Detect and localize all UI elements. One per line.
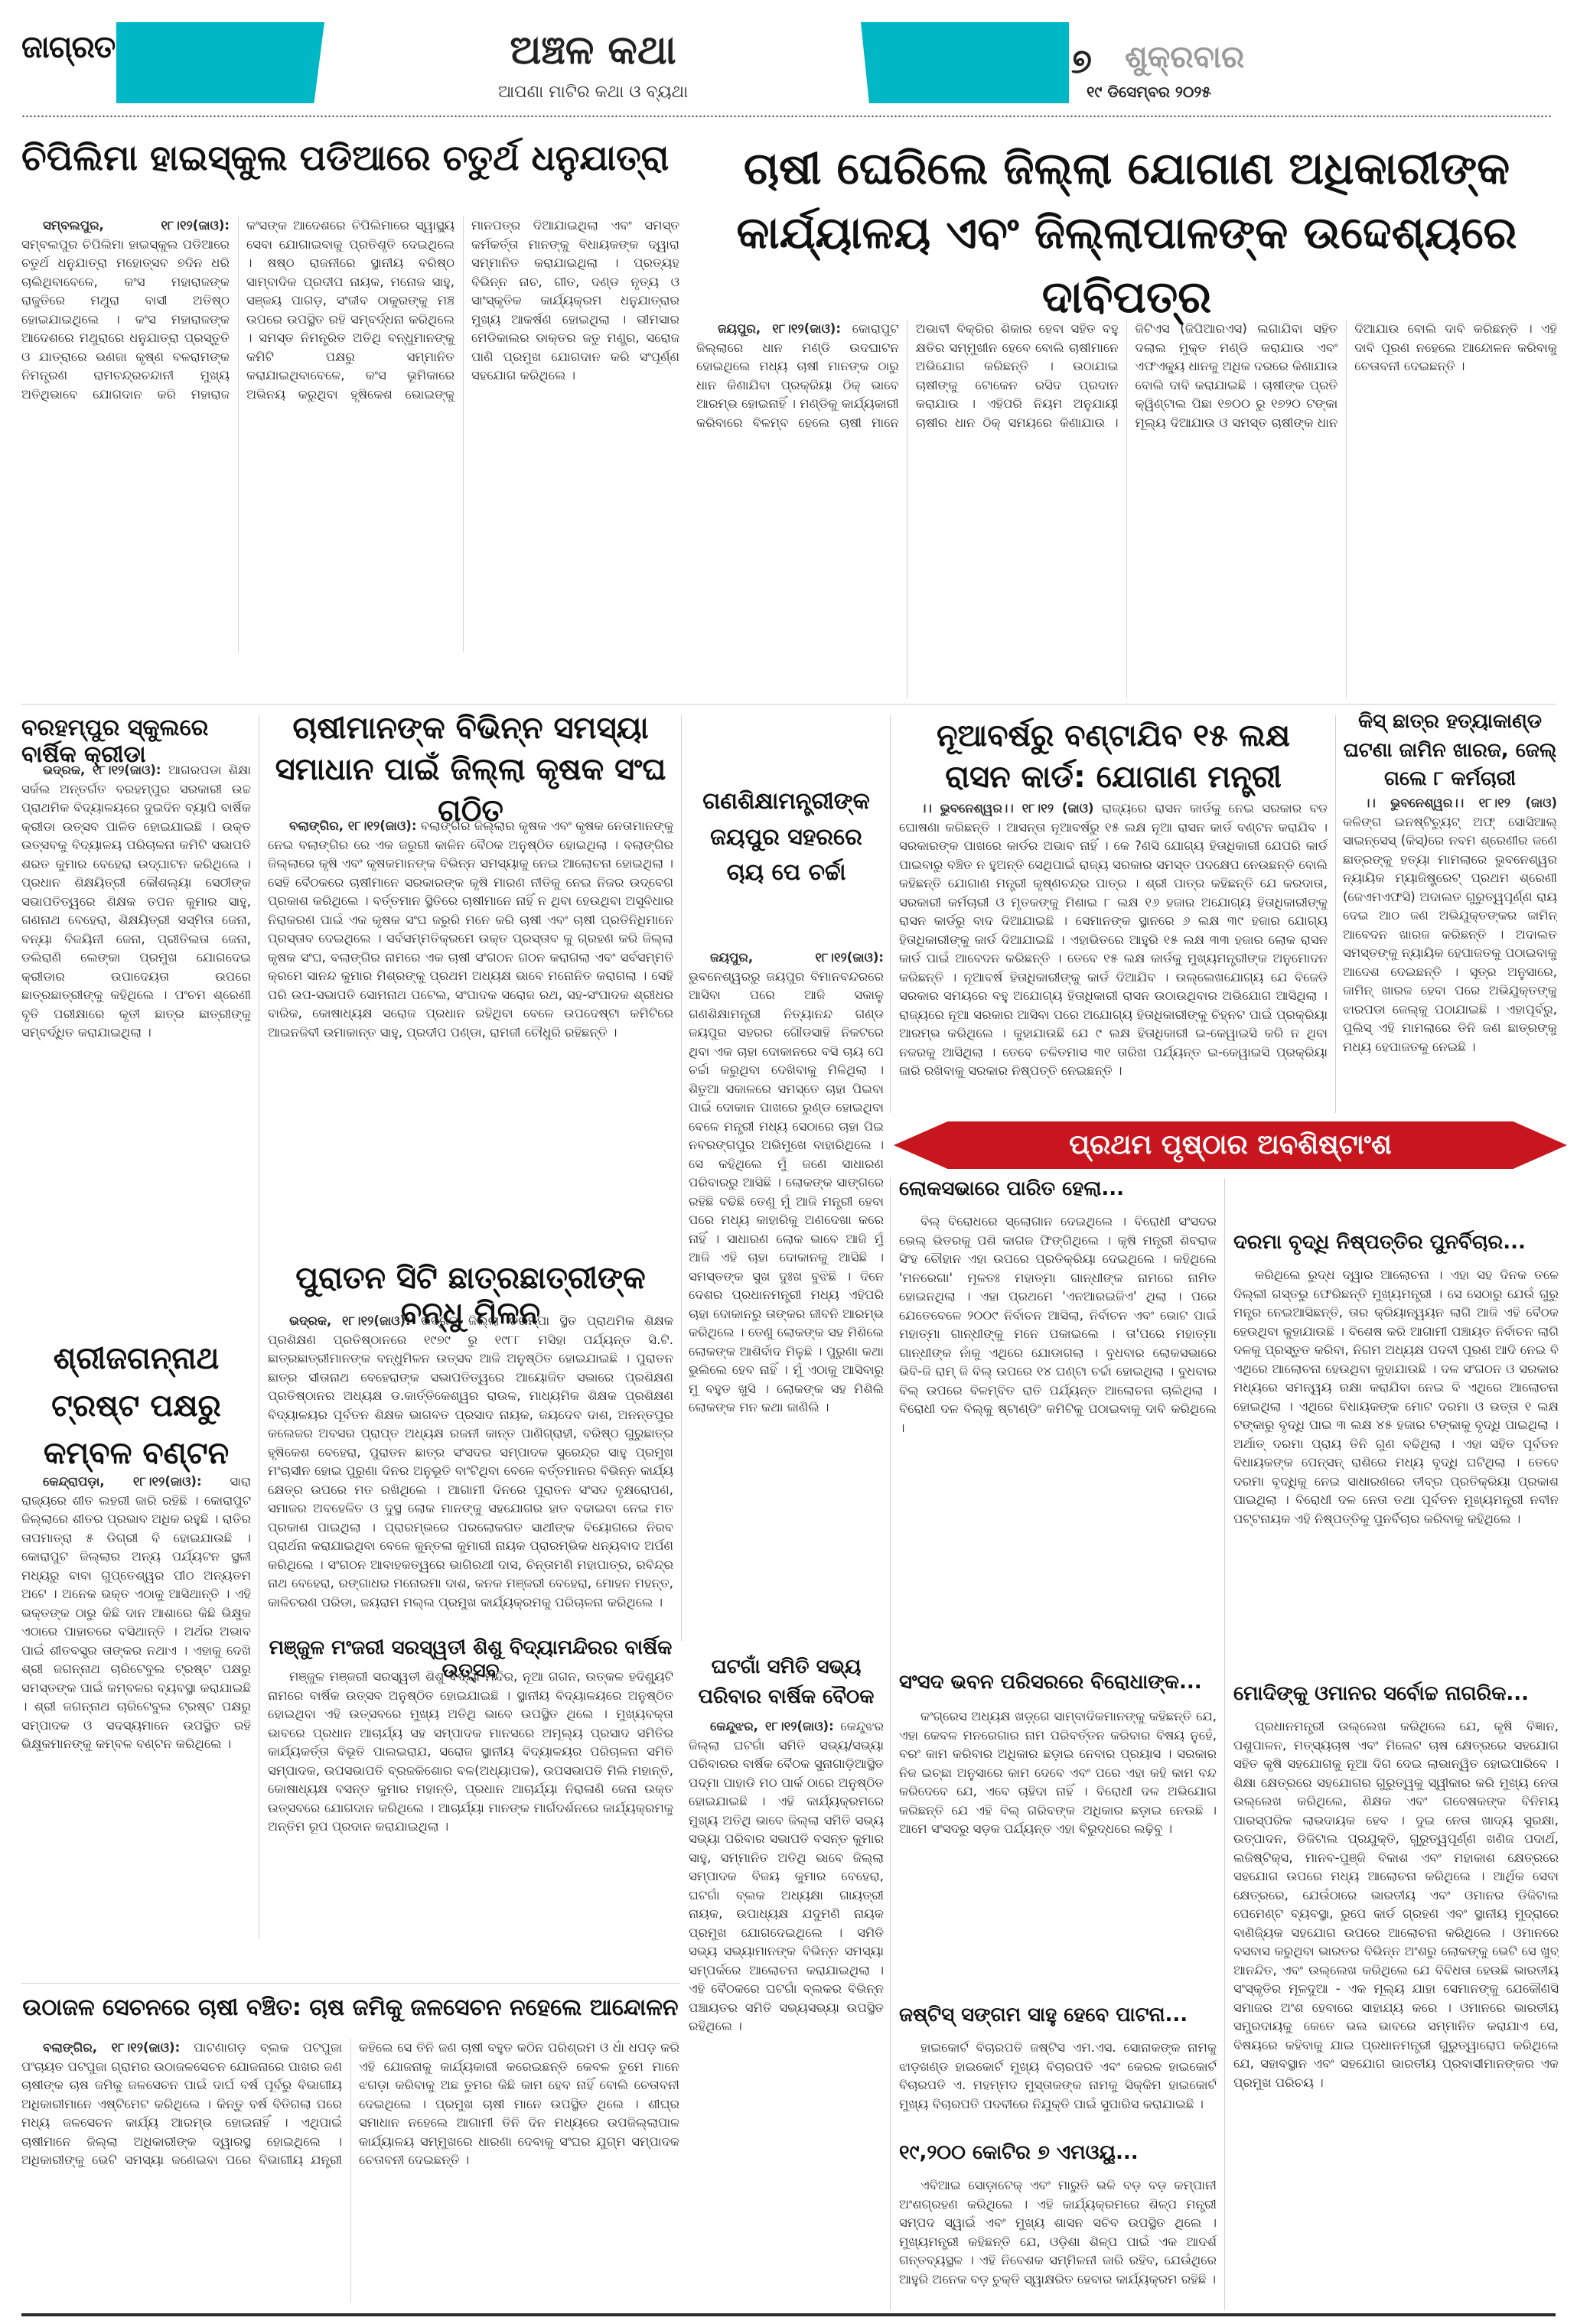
- headline: ଶ୍ରୀଜଗନ୍ନାଥ ଟ୍ରଷ୍ଟ ପକ୍ଷରୁ କମ୍ବଳ ବଣ୍ଟନ: [21, 1335, 251, 1477]
- headline: ନୂଆବର୍ଷରୁ ବଣ୍ଟାଯିବ ୧୫ ଲକ୍ଷ ରାସନ କାର୍ଡ: ଯ…: [899, 715, 1328, 798]
- headline: ଜଷ୍ଟିସ୍ ସଙ୍ଗମ ସାହୁ ହେବେ ପାଟନା...: [899, 2004, 1217, 2027]
- headline: ଚିପିଲିମା ହାଇସ୍କୁଲ ପଡିଆରେ ଚତୁର୍ଥ ଧନୁଯାତ୍ର…: [21, 138, 679, 178]
- column-divider: [259, 715, 259, 1939]
- section-subtitle: ଆପଣା ମାଟିର କଥା ଓ ବ୍ୟଥା: [329, 83, 857, 102]
- lead-headline: ଚାଷୀ ଘେରିଲେ ଜିଲ୍ଲା ଯୋଗାଣ ଅଧିକାରୀଙ୍କ କାର୍…: [696, 136, 1557, 329]
- headline: ଲୋକସଭାରେ ପାରିତ ହେଲା...: [899, 1178, 1217, 1201]
- article-body: ହାଇକୋର୍ଟ ବିଚାରପତି ଜଷ୍ଟିସ ଏମ.ଏସ. ସୋନାକଙ୍କ…: [899, 2039, 1217, 2134]
- dateline: ଭଦ୍ରକ, ୧୮।୧୨(ଜାଓ):: [289, 1313, 411, 1328]
- headline: ମୋଦିଙ୍କୁ ଓମାନର ସର୍ବୋଚ୍ଚ ନାଗରିକ...: [1233, 1683, 1559, 1706]
- article-body: ବଲାଙ୍ଗିର, ୧୮।୧୨(ଜାଓ): ପାଟଣାଗଡ଼ ବ୍ଲକ ପଟପୁ…: [21, 2039, 679, 2303]
- article-body: ଜୟପୁର, ୧୮।୧୨(ଜାଓ): ଭୁବନେଶ୍ୱରରୁ ଜୟପୁର ବିମ…: [689, 949, 884, 1645]
- page-bottom-rule: [21, 2313, 1556, 2316]
- headline: ଉଠାଜଳ ସେଚନରେ ଚାଷୀ ବଞ୍ଚିତ: ଚାଷ ଜମିକୁ ଜଳସେ…: [21, 1995, 679, 2022]
- dateline: ବଲାଙ୍ଗିର, ୧୮।୧୨(ଜାଓ):: [289, 819, 416, 833]
- article-body: ଭଦ୍ରକ, ୧୮।୧୨(ଜାଓ): ଭଦ୍ରକ ଜିଲ୍ଲା ଚରମ୍ପା ସ…: [268, 1312, 673, 1633]
- article-body: କରିଥିଲେ ରୁଦ୍ଧ ଦ୍ୱାର ଆଲୋଚନା । ଏହା ସହ ଦିନକ…: [1233, 1266, 1559, 1675]
- article-body: ବିଲ୍ ବିରୋଧରେ ସ୍ଲୋଗାନ ଦେଇଥିଲେ । ବିରୋଧୀ ସଂ…: [899, 1212, 1217, 1664]
- headline: ଦରମା ବୃଦ୍ଧି ନିଷ୍ପତ୍ତିର ପୁନର୍ବିଚାର...: [1233, 1232, 1559, 1255]
- dateline: କେନ୍ଦ୍ରାପଡ଼ା, ୧୮।୧୨(ଜାଓ):: [43, 1474, 202, 1489]
- dateline: ଭଦ୍ରକ, ୧୮।୧୨(ଜାଓ):: [43, 763, 168, 777]
- section-title: ଅଞ୍ଚଳ କଥା: [329, 28, 857, 74]
- dateline: ଜୟପୁର, ୧୮।୧୨(ଜାଓ):: [718, 321, 841, 336]
- page-number: ୭: [1071, 42, 1092, 81]
- issue-date: ୧୯ ଡିସେମ୍ବର ୨୦୨୫: [1087, 83, 1211, 101]
- headline: ବରହମ୍ପୁର ସ୍କୁଲରେ ବାର୍ଷିକ କ୍ରୀଡା: [21, 715, 251, 768]
- banner-label: ପ୍ରଥମ ପୃଷ୍ଠାର ଅବଶିଷ୍ଟାଂଶ: [1069, 1129, 1392, 1161]
- article-body: ।। ଭୁବନେଶ୍ୱର।। ୧୮।୧୨ (ଜାଓ) ରାଜ୍ୟରେ ରାସନ …: [899, 799, 1328, 1113]
- article-body: ସମ୍ବଲପୁର, ୧୮।୧୨(ଜାଓ): ସମ୍ବଲପୁର ଚିପିଲିମା …: [21, 216, 679, 653]
- headline: ଘଟଗାଁ ସମିତି ସଭ୍ୟ ପରିବାର ବାର୍ଷିକ ବୈଠକ: [689, 1652, 884, 1712]
- article-body: ଭଦ୍ରକ, ୧୮।୧୨(ଜାଓ): ଆଗରପଡା ଶିକ୍ଷା ସର୍କଲ ଅ…: [21, 761, 251, 1289]
- dateline: ସମ୍ବଲପୁର, ୧୮।୧୨(ଜାଓ):: [43, 218, 230, 233]
- article-body: କେନ୍ଦୁଝର, ୧୮।୧୨(ଜାଓ): କେନ୍ଦୁଝର ଜିଲ୍ଲା ଘଟ…: [689, 1717, 884, 2222]
- article-body: ଏବିଆଇ ସୋଡ଼ାଟେକ୍ ଏବଂ ମାରୁତି ଭଳି ବଡ଼ ବଡ଼ କ…: [899, 2176, 1217, 2306]
- article-body: ବଲାଙ୍ଗିର, ୧୮।୧୨(ଜାଓ): ବଲାଙ୍ଗିର ଜିଲ୍ଲାର କ…: [268, 817, 673, 1253]
- headline: ଚାଷୀମାନଙ୍କ ବିଭିନ୍ନ ସମସ୍ୟା ସମାଧାନ ପାଇଁ ଜି…: [268, 708, 673, 832]
- article-body: ଜୟପୁର, ୧୮।୧୨(ଜାଓ): କୋରାପୁଟ ଜିଲ୍ଲାରେ ଧାନ …: [696, 320, 1557, 698]
- dateline: ଜୟପୁର, ୧୮।୧୨(ଜାଓ):: [710, 950, 884, 965]
- weekday: ଶୁକ୍ରବାର: [1125, 40, 1244, 75]
- column-divider: [890, 715, 891, 1113]
- headline: ୧୯,୨୦୦ କୋଟିର ୭ ଏମଓୟୁ...: [899, 2142, 1217, 2165]
- dateline: କେନ୍ଦୁଝର, ୧୮।୧୨(ଜାଓ):: [710, 1719, 834, 1733]
- article-body: କେନ୍ଦ୍ରାପଡ଼ା, ୧୮।୧୨(ଜାଓ): ସାରା ରାଜ୍ୟରେ ଶ…: [21, 1473, 251, 1955]
- headline: ଗଣଶିକ୍ଷାମନ୍ତ୍ରୀଙ୍କ ଜୟପୁର ସହରରେ ଚାୟ ପେ ଚର…: [689, 784, 884, 891]
- dateline: ବଲାଙ୍ଗିର, ୧୮।୧୨(ଜାଓ):: [43, 2040, 180, 2055]
- continued-banner: ପ୍ରଥମ ପୃଷ୍ଠାର ଅବଶିଷ୍ଟାଂଶ: [894, 1121, 1567, 1169]
- article-body: କଂଗ୍ରେସ ଅଧ୍ୟକ୍ଷ ଖଡ଼୍‌ଗେ ସାମ୍ବାଦିକମାନଙ୍କୁ…: [899, 1707, 1217, 1998]
- headline: କିସ୍ ଛାତ୍ର ହତ୍ୟାକାଣ୍ଡ ଘଟଣା ଜାମିନ ଖାରଜ, ଜ…: [1343, 708, 1557, 794]
- section-divider: [21, 1983, 679, 1984]
- column-divider: [890, 1178, 891, 2310]
- column-divider: [681, 715, 682, 1641]
- article-body: ।। ଭୁବନେଶ୍ୱର।। ୧୮।୧୨ (ଜାଓ) କଳିଙ୍ଗ ଇନଷ୍ଟି…: [1343, 794, 1557, 1115]
- dateline: ।। ଭୁବନେଶ୍ୱର।। ୧୮।୧୨ (ଜାଓ): [1364, 796, 1557, 810]
- article-body: ପ୍ରଧାନମନ୍ତ୍ରୀ ଉଲ୍ଲେଖ କରିଥିଲେ ଯେ, କୃଷି ବି…: [1233, 1717, 1559, 2306]
- column-divider: [1224, 1178, 1225, 2310]
- masthead-divider: [21, 115, 1552, 118]
- headline: ସଂସଦ ଭବନ ପରିସରରେ ବିରୋଧାଙ୍କ...: [899, 1671, 1217, 1694]
- masthead-accent-right: [861, 22, 1069, 103]
- section-divider: [21, 704, 1556, 705]
- column-divider: [1335, 715, 1336, 1113]
- dateline: ।। ଭୁବନେଶ୍ୱର।। ୧୮।୧୨ (ଜାଓ): [920, 801, 1094, 815]
- masthead-accent-left: [116, 22, 324, 103]
- article-body: ମଞ୍ଜୁଳ ମଞ୍ଜରୀ ସରସ୍ୱତୀ ଶିଶୁ ବିଦ୍ୟା ମନ୍ଦିର…: [268, 1668, 673, 1966]
